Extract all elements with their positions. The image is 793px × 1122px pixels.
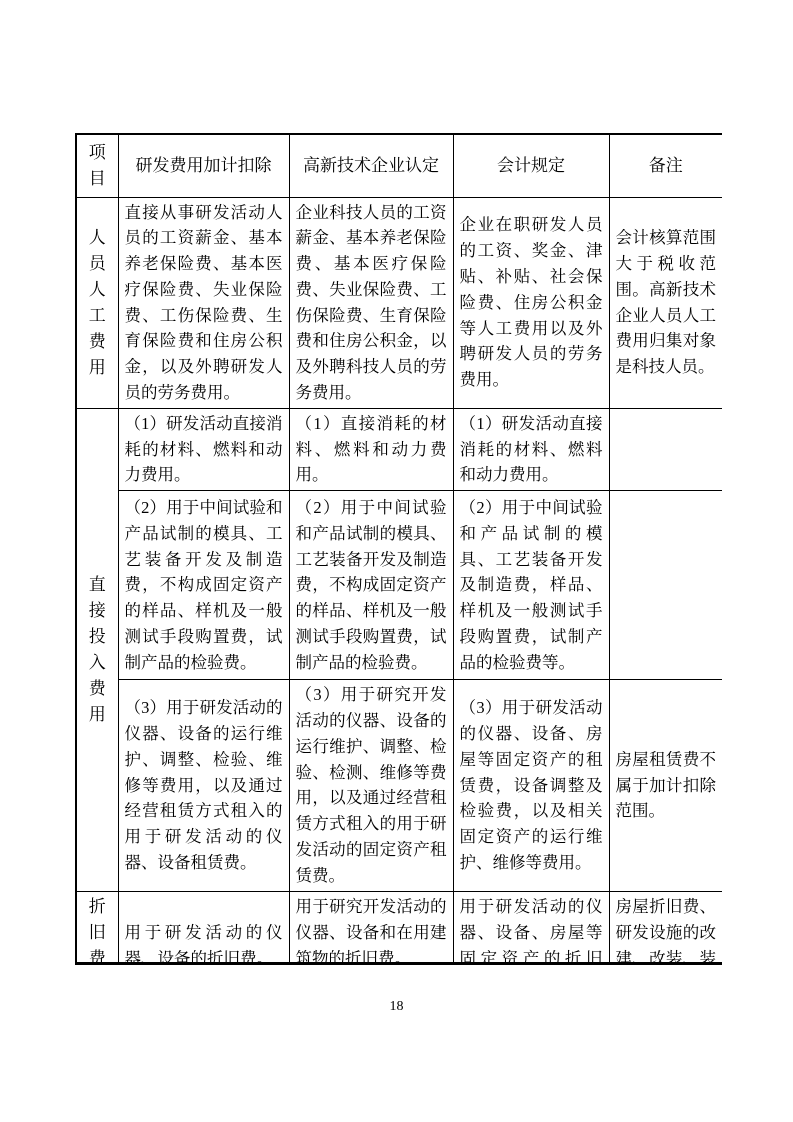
cell-direct1-hightech: （1）直接消耗的材料、燃料和动力费用。 [289, 408, 453, 490]
cell-personnel-hightech: 企业科技人员的工资薪金、基本养老保险费、基本医疗保险费、失业保险费、工伤保险费、… [289, 197, 453, 408]
cell-direct3-remarks: 房屋租赁费不属于加计扣除范围。 [609, 680, 722, 891]
cell-direct2-hightech: （2）用于中间试验和产品试制的模具、工艺装备开发及制造费，不构成固定资产的样品、… [289, 491, 453, 680]
cell-direct3-accounting: （3）用于研发活动的仪器、设备、房屋等固定资产的租赁费，设备调整及检验费，以及相… [453, 680, 609, 891]
expense-comparison-table-wrapper: 项目 研发费用加计扣除 高新技术企业认定 会计规定 备注 人员人工费用 直接从事… [75, 133, 722, 965]
header-accounting-rules: 会计规定 [453, 134, 609, 197]
cell-direct2-remarks [609, 491, 722, 680]
cell-personnel-remarks: 会计核算范围大于税收范围。高新技术企业人员人工费用归集对象是科技人员。 [609, 197, 722, 408]
row-label-depreciation: 折旧费用 [76, 891, 118, 965]
cell-direct3-deduction: （3）用于研发活动的仪器、设备的运行维护、调整、检验、维修等费用，以及通过经营租… [118, 680, 289, 891]
header-item: 项目 [76, 134, 118, 197]
cell-depreciation-deduction: 用于研发活动的仪器、设备的折旧费。 [118, 891, 289, 965]
table-row-direct-input-1: 直接投入费用 （1）研发活动直接消耗的材料、燃料和动力费用。 （1）直接消耗的材… [76, 408, 722, 490]
cell-direct2-deduction: （2）用于中间试验和产品试制的模具、工艺装备开发及制造费，不构成固定资产的样品、… [118, 491, 289, 680]
table-row-depreciation: 折旧费用 用于研发活动的仪器、设备的折旧费。 用于研究开发活动的仪器、设备和在用… [76, 891, 722, 965]
cell-direct1-accounting: （1）研发活动直接消耗的材料、燃料和动力费用。 [453, 408, 609, 490]
row-label-direct-input: 直接投入费用 [76, 408, 118, 891]
page-number: 18 [0, 999, 793, 1015]
row-label-personnel-labor: 人员人工费用 [76, 197, 118, 408]
header-rd-deduction: 研发费用加计扣除 [118, 134, 289, 197]
cell-direct2-accounting: （2）用于中间试验和产品试制的模具、工艺装备开发及制造费，样品、样机及一般测试手… [453, 491, 609, 680]
document-page: 项目 研发费用加计扣除 高新技术企业认定 会计规定 备注 人员人工费用 直接从事… [0, 0, 793, 1122]
table-row-personnel-labor: 人员人工费用 直接从事研发活动人员的工资薪金、基本养老保险费、基本医疗保险费、失… [76, 197, 722, 408]
cell-depreciation-accounting: 用于研发活动的仪器、设备、房屋等固定资产的折旧费。 [453, 891, 609, 965]
cell-personnel-deduction: 直接从事研发活动人员的工资薪金、基本养老保险费、基本医疗保险费、失业保险费、工伤… [118, 197, 289, 408]
cell-direct1-deduction: （1）研发活动直接消耗的材料、燃料和动力费用。 [118, 408, 289, 490]
table-page-break-border [75, 962, 722, 965]
cell-personnel-accounting: 企业在职研发人员的工资、奖金、津贴、补贴、社会保险费、住房公积金等人工费用以及外… [453, 197, 609, 408]
header-hightech-recognition: 高新技术企业认定 [289, 134, 453, 197]
table-row-direct-input-2: （2）用于中间试验和产品试制的模具、工艺装备开发及制造费，不构成固定资产的样品、… [76, 491, 722, 680]
cell-direct3-hightech: （3）用于研究开发活动的仪器、设备的运行维护、调整、检验、检测、维修等费用，以及… [289, 680, 453, 891]
table-header-row: 项目 研发费用加计扣除 高新技术企业认定 会计规定 备注 [76, 134, 722, 197]
table-row-direct-input-3: （3）用于研发活动的仪器、设备的运行维护、调整、检验、维修等费用，以及通过经营租… [76, 680, 722, 891]
header-remarks: 备注 [609, 134, 722, 197]
expense-comparison-table: 项目 研发费用加计扣除 高新技术企业认定 会计规定 备注 人员人工费用 直接从事… [75, 133, 722, 965]
cell-depreciation-hightech: 用于研究开发活动的仪器、设备和在用建筑物的折旧费。 研发设施的改建、改 [289, 891, 453, 965]
cell-depreciation-remarks: 房屋折旧费、研发设施的改建、改装、装修和修理过程 [609, 891, 722, 965]
cell-direct1-remarks [609, 408, 722, 490]
